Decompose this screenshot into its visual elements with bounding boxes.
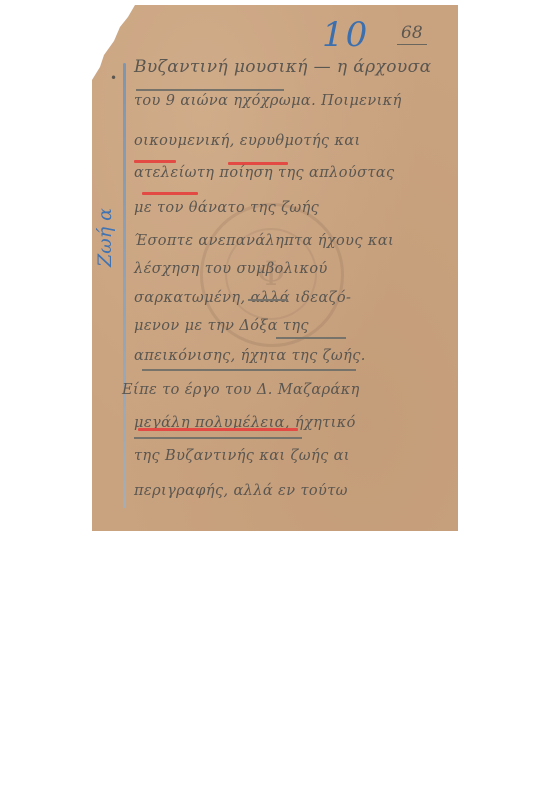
text-line-14: περιγραφής, αλλά εν τούτω (134, 483, 348, 499)
text-line-9: μενον με την Δόξα της (134, 318, 309, 334)
blue-margin-line (123, 63, 126, 508)
text-line-1: Βυζαντινή μουσική — η άρχουσα (134, 57, 432, 77)
text-line-6: Έσοπτε ανεπανάληπτα ήχους και (134, 233, 394, 249)
text-line-11: Είπε το έργο του Δ. Μαζαράκη (122, 382, 360, 398)
underline-red (138, 428, 298, 431)
underline-gray (134, 437, 302, 439)
text-line-3: οικουμενική, ευρυθμοτής και (134, 133, 361, 149)
underline-red (142, 192, 198, 195)
text-line-2: του 9 αιώνα ηχόχρωμα. Ποιμενική (134, 93, 402, 109)
text-line-7: λέσχηση του συμβολικού (134, 261, 328, 277)
strikethrough-line (248, 299, 288, 301)
margin-note: Ζωή α (94, 197, 116, 267)
page-number: 10 (322, 15, 369, 55)
text-line-13: της Βυζαντινής και ζωής αι (134, 448, 350, 464)
text-line-4: ατελείωτη ποίηση της απλούστας (134, 165, 395, 181)
text-line-10: απεικόνισης, ήχητα της ζωής. (134, 348, 366, 364)
underline-red (134, 160, 176, 163)
underline-gray (276, 337, 346, 339)
text-line-5: με τον θάνατο της ζωής (134, 200, 319, 216)
underline-gray (142, 369, 356, 371)
manuscript-page: Φ Ζωή α 10 68 • Βυζαντινή μουσική — η άρ… (92, 5, 458, 531)
bullet-mark-icon: • (110, 71, 117, 85)
underline-gray (136, 89, 284, 91)
page-code: 68 (397, 23, 427, 45)
text-line-8: σαρκατωμένη, αλλά ιδεαζό- (134, 290, 351, 306)
